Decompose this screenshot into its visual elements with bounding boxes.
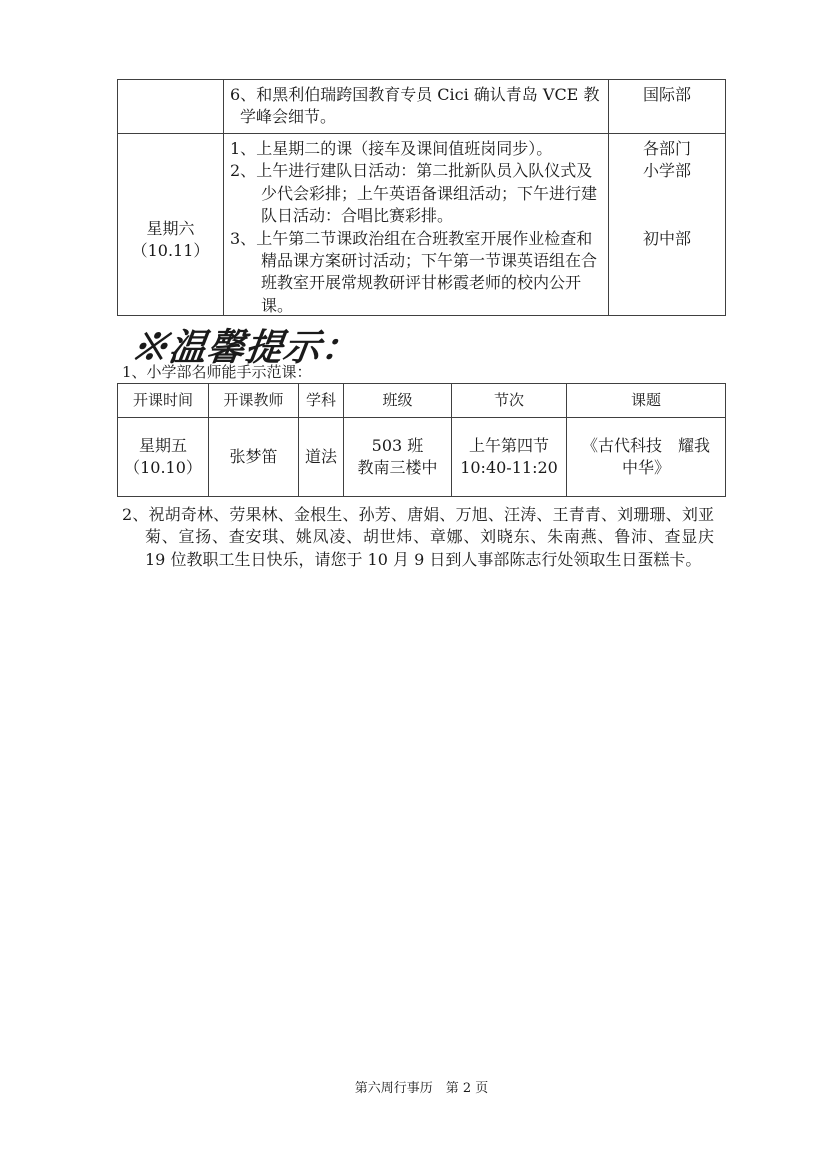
activity-item: 6、和黑利伯瑞跨国教育专员 Cici 确认青岛 VCE 教学峰会细节。 xyxy=(230,84,600,129)
topic-line1: 《古代科技 耀我 xyxy=(582,435,710,457)
weekly-schedule-table: 6、和黑利伯瑞跨国教育专员 Cici 确认青岛 VCE 教学峰会细节。 国际部 … xyxy=(117,79,726,316)
cell-time: 星期五 （10.10） xyxy=(118,418,209,496)
department-label: 各部门 xyxy=(609,138,725,160)
topic-line2: 中华》 xyxy=(622,457,670,479)
day-date: （10.11） xyxy=(118,240,223,262)
time-day: 星期五 xyxy=(139,435,187,457)
department-cell: 各部门 小学部 初中部 xyxy=(609,134,725,315)
item-text: 上星期二的课（接车及课间值班岗同步）。 xyxy=(256,139,552,158)
header-subject: 学科 xyxy=(299,384,344,417)
header-period: 节次 xyxy=(452,384,567,417)
activity-item: 2、上午进行建队日活动：第二批新队员入队仪式及少代会彩排；上午英语备课组活动；下… xyxy=(230,160,600,227)
period-name: 上午第四节 xyxy=(469,435,549,457)
header-time: 开课时间 xyxy=(118,384,209,417)
department-label: 小学部 xyxy=(609,160,725,182)
activities-cell: 1、上星期二的课（接车及课间值班岗同步）。 2、上午进行建队日活动：第二批新队员… xyxy=(224,134,609,315)
note2-marker: 2、 xyxy=(122,505,149,524)
class-number: 503 班 xyxy=(372,435,424,457)
activity-item: 1、上星期二的课（接车及课间值班岗同步）。 xyxy=(230,138,600,160)
cell-topic: 《古代科技 耀我 中华》 xyxy=(567,418,725,496)
item-text: 和黑利伯瑞跨国教育专员 Cici 确认青岛 VCE 教学峰会细节。 xyxy=(240,85,599,126)
cell-period: 上午第四节 10:40-11:20 xyxy=(452,418,567,496)
time-date: （10.10） xyxy=(124,457,202,479)
department-cell: 国际部 xyxy=(609,80,725,133)
note1-demo-lesson-intro: 1、小学部名师能手示范课： xyxy=(122,361,312,382)
department-label: 初中部 xyxy=(609,228,725,250)
item-marker: 1、 xyxy=(230,139,256,158)
document-page: 6、和黑利伯瑞跨国教育专员 Cici 确认青岛 VCE 教学峰会细节。 国际部 … xyxy=(0,0,827,1169)
activity-item: 3、上午第二节课政治组在合班教室开展作业检查和精品课方案研讨活动；下午第一节课英… xyxy=(230,228,600,318)
note2-birthday-wishes: 2、祝胡奇林、劳果林、金根生、孙芳、唐娟、万旭、汪涛、王青青、刘珊珊、刘亚菊、宣… xyxy=(122,504,714,571)
note2-text: 祝胡奇林、劳果林、金根生、孙芳、唐娟、万旭、汪涛、王青青、刘珊珊、刘亚菊、宣扬、… xyxy=(145,505,714,569)
item-marker: 3、 xyxy=(230,229,256,248)
activities-cell: 6、和黑利伯瑞跨国教育专员 Cici 确认青岛 VCE 教学峰会细节。 xyxy=(224,80,609,133)
item-marker: 6、 xyxy=(230,85,256,104)
cell-teacher: 张梦笛 xyxy=(209,418,299,496)
item-marker: 2、 xyxy=(230,161,256,180)
day-cell: 星期六 （10.11） xyxy=(118,134,224,315)
period-time: 10:40-11:20 xyxy=(460,457,558,479)
table-row-continuation: 6、和黑利伯瑞跨国教育专员 Cici 确认青岛 VCE 教学峰会细节。 国际部 xyxy=(118,80,725,133)
class-location: 教南三楼中 xyxy=(357,457,437,479)
header-class: 班级 xyxy=(344,384,452,417)
header-topic: 课题 xyxy=(567,384,725,417)
header-teacher: 开课教师 xyxy=(209,384,299,417)
item-text: 上午进行建队日活动：第二批新队员入队仪式及少代会彩排；上午英语备课组活动；下午进… xyxy=(256,161,597,225)
table-row-saturday: 星期六 （10.11） 1、上星期二的课（接车及课间值班岗同步）。 2、上午进行… xyxy=(118,133,725,315)
cell-class: 503 班 教南三楼中 xyxy=(344,418,452,496)
demo-table-header-row: 开课时间 开课教师 学科 班级 节次 课题 xyxy=(118,384,725,417)
cell-subject: 道法 xyxy=(299,418,344,496)
page-footer: 第六周行事历 第 2 页 xyxy=(117,1077,726,1096)
department-label: 国际部 xyxy=(609,84,725,106)
demo-table-data-row: 星期五 （10.10） 张梦笛 道法 503 班 教南三楼中 上午第四节 10:… xyxy=(118,417,725,496)
day-name: 星期六 xyxy=(118,218,223,240)
demo-lesson-table: 开课时间 开课教师 学科 班级 节次 课题 星期五 （10.10） 张梦笛 道法… xyxy=(117,383,726,497)
item-text: 上午第二节课政治组在合班教室开展作业检查和精品课方案研讨活动；下午第一节课英语组… xyxy=(256,229,597,315)
day-cell-empty xyxy=(118,80,224,133)
